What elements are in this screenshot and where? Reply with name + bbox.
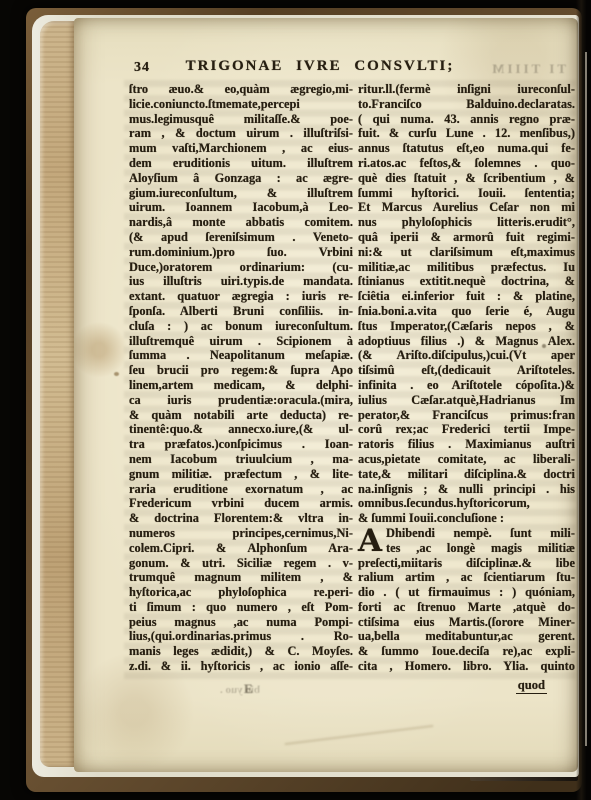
- text-line: preſecti,miitaris diſciplinæ.& libe: [358, 556, 575, 571]
- text-line: z.di. & ii. hyſtoricis , ac ionio aſſe-: [129, 659, 353, 674]
- text-line: ram , & doctum uirum . illuſtriſsi-: [129, 126, 353, 141]
- text-line: forti ac ſtrenuo Marte ,atquè do-: [358, 600, 575, 615]
- footer-ghost-text: bio yuo .: [140, 684, 260, 696]
- text-line: tate,& militari diſciplina.& doctri: [358, 467, 575, 482]
- text-line: to.Franciſco Balduino.declaratas.: [358, 97, 575, 112]
- catchword: quod: [516, 678, 547, 694]
- fore-edge: [40, 21, 76, 767]
- text-column-left: ſtro æuo.& eo,quàm ægregio,mi-licie.coni…: [129, 82, 353, 674]
- text-line: militiæ,ac militibus præfectus. Iu: [358, 260, 575, 275]
- text-line: ca iuris prudentiæ:oracula.(mira,: [129, 393, 353, 408]
- text-line: numeros principes,cernimus,Ni-: [129, 526, 353, 541]
- paper-crease: [284, 725, 433, 745]
- text-line: ni:& ut clariſsimum eſt,maximus: [358, 245, 575, 260]
- text-line: licie.coniuncto.ſtmemate,percepi: [129, 97, 353, 112]
- text-block: ritur.ll.(fermè inſigni iureconſul-to.Fr…: [358, 82, 575, 511]
- page-number: 34: [134, 60, 150, 76]
- signature-ghost: E: [244, 681, 253, 697]
- text-line: illuſtremquê uirum . Scipionem à: [129, 334, 353, 349]
- text-line: extant. quatuor ægregia : iuris re-: [129, 289, 353, 304]
- text-line: mum vaſti,Marchionem , ac eius-: [129, 141, 353, 156]
- text-line: omnibus.ſecundus.hyſtoricorum,: [358, 496, 575, 511]
- text-line: ri.atos.ac feſtos,& ſolemnes . quo-: [358, 156, 575, 171]
- text-line: colem.Cipri. & Alphonſum Ara-: [129, 541, 353, 556]
- text-line: uirum. Ioannem Iacobum,à Leo-: [129, 200, 353, 215]
- text-line: gnum militiæ. præfectum , & lite-: [129, 467, 353, 482]
- text-line: iulius Cæſar.atquè,Hadrianus Im: [358, 393, 575, 408]
- text-column-right: ritur.ll.(fermè inſigni iureconſul-to.Fr…: [358, 82, 575, 693]
- text-line: ſciêtia ei.inferior fuit : & platine,: [358, 289, 575, 304]
- text-line: què dies ſtatuit , & ſcribentium , &: [358, 171, 575, 186]
- text-line: (& Ariſto.diſcipulus,)cui.(Vt aper: [358, 348, 575, 363]
- header-ghost-text: TI TIIIM: [456, 61, 566, 77]
- text-line: ( qui numa. 43. annis regno præ-: [358, 112, 575, 127]
- text-line: & ſummo Ioue.deciſa re),ac expli-: [358, 644, 575, 659]
- text-line: perator,& Franciſcus primus:fran: [358, 408, 575, 423]
- text-line: ua,bella meditabuntur,ac gerent.: [358, 629, 575, 644]
- text-line: ralium artim , ac ſcientiarum ſtu-: [358, 570, 575, 585]
- text-line: Aloyſium â Gonzaga : ac ægre-: [129, 171, 353, 186]
- text-line: trumquê magnum militem , &: [129, 570, 353, 585]
- text-line: lius,(qui.ordinarias.primus . Ro-: [129, 629, 353, 644]
- running-title: TRIGONAE IVRE CONSVLTI;: [170, 58, 470, 75]
- text-line: peius magnus ,ac numa Pompi-: [129, 615, 353, 630]
- text-line: nem Iacobum triuulcium , ma-: [129, 452, 353, 467]
- text-line: mus.legimusquê militaſſe.& poe-: [129, 112, 353, 127]
- text-block: preſecti,miitaris diſciplinæ.& liberaliu…: [358, 556, 575, 674]
- text-line: annus ſtatutus eſt,eo numa.qui fe-: [358, 141, 575, 156]
- text-line: ſtro æuo.& eo,quàm ægregio,mi-: [129, 82, 353, 97]
- text-line: infinita . eo Ariſtotele cópoſita.)&: [358, 378, 575, 393]
- text-line: Duce,)oratorem ordinarium: (cu-: [129, 260, 353, 275]
- text-line: acus,pietate comitate, ac liberali-: [358, 452, 575, 467]
- text-line: hyſtorica,ac phyloſophica re.peri-: [129, 585, 353, 600]
- text-line: tes ,ac longè magis militiæ: [358, 541, 575, 556]
- text-line: nardis,â monte abbatis comitem.: [129, 215, 353, 230]
- text-line: dio . ( ut firmauimus : ) quóniam,: [358, 585, 575, 600]
- text-line: Et Marcus Aurelius Ceſar non mi: [358, 200, 575, 215]
- text-line: nus phyloſophicis litteris.erudit°,: [358, 215, 575, 230]
- text-line: ti ſimum : quo numero , eſt Pom-: [129, 600, 353, 615]
- text-line: (& apud ſereniſsimum . Veneto-: [129, 230, 353, 245]
- text-line: ſtus Imperator,(Cæſaris nepos , &: [358, 319, 575, 334]
- text-line: cluſa : ) ac bonum iureconſultum.: [129, 319, 353, 334]
- text-line: rum.dominium.)pro ſuo. Vrbini: [129, 245, 353, 260]
- text-line: corû rex;ac Frederici tertii Impe-: [358, 422, 575, 437]
- text-line: & quàm notabili arte deducta) re-: [129, 408, 353, 423]
- text-line: ſummi hyſtorici. Iouii. ſententia;: [358, 186, 575, 201]
- book-scan: 34 TRIGONAE IVRE CONSVLTI; TI TIIIM ſtro…: [0, 0, 591, 800]
- dropcap-paragraph: A Dhibendi nempè. ſunt mili- tes ,ac lon…: [358, 526, 575, 556]
- text-line: cita , Homero. libro. Ylia. quinto: [358, 659, 575, 674]
- catchword-line: quod: [358, 677, 575, 693]
- text-line: ſnia.boni.a.vita quo ſerie é, Augu: [358, 304, 575, 319]
- text-line: ſponſa. Alberti Bruni conſiliis. in-: [129, 304, 353, 319]
- text-line: tra præfatos.)conſpicimus . Ioan-: [129, 437, 353, 452]
- text-line: manis leges ædidit,) & C. Moyſes.: [129, 644, 353, 659]
- text-line: ctiſsima eius Martis.(ſorore Miner-: [358, 615, 575, 630]
- text-line: fuit. & curſu Lune . 12. menſibus,): [358, 126, 575, 141]
- paper-speck: [542, 344, 546, 348]
- text-line: & doctrina Florentem:& vltra in-: [129, 511, 353, 526]
- text-line: Dhibendi nempè. ſunt mili-: [358, 526, 575, 541]
- text-line: dem eruditionis uitum. illuſtrem: [129, 156, 353, 171]
- text-line: quâ iperii & armorû fuit regimi-: [358, 230, 575, 245]
- text-line: na.inſignis ; & nulli principi . his: [358, 482, 575, 497]
- text-line: raria eruditione exornatum , ac: [129, 482, 353, 497]
- text-line: ius illuſtris uiri.typis.de mandata.: [129, 274, 353, 289]
- paragraph-end-line: & ſummi Iouii.concluſione :: [358, 511, 575, 526]
- text-line: tiſsimû eſt,(dedicauit Ariſtoteles.: [358, 363, 575, 378]
- text-line: ſtinianus extitit.nequè doctrina, &: [358, 274, 575, 289]
- book-page: 34 TRIGONAE IVRE CONSVLTI; TI TIIIM ſtro…: [74, 18, 578, 772]
- text-line: Fredericum vrbini ducem armis.: [129, 496, 353, 511]
- text-line: gium.iureconſultum, & illuſtrem: [129, 186, 353, 201]
- text-line: ratoris filius . Maximianus auſtri: [358, 437, 575, 452]
- gutter-shadow: [576, 0, 591, 800]
- text-line: ſumma . Neapolitanum meſapiæ.: [129, 348, 353, 363]
- text-line: gonum. & utri. Siciliæ regem . v-: [129, 556, 353, 571]
- text-line: tinentê:quo.& annecxo.iure,(& ul-: [129, 422, 353, 437]
- text-line: ſeu brucii pro regem:& ſupra Apo: [129, 363, 353, 378]
- dropcap-letter: A: [358, 528, 382, 555]
- text-line: ritur.ll.(fermè inſigni iureconſul-: [358, 82, 575, 97]
- paper-speck: [114, 372, 119, 376]
- facing-page-edge: [585, 52, 587, 746]
- text-line: linem,artem medicam, & delphi-: [129, 378, 353, 393]
